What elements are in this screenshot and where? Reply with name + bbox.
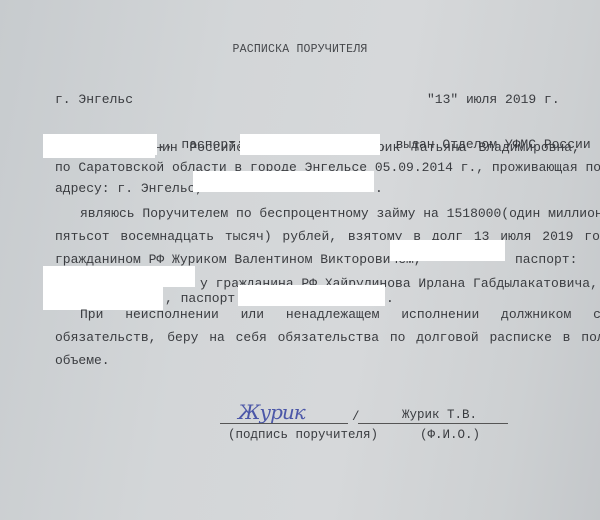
p1-line2-b: , выдан Отделом УФМС России bbox=[380, 137, 591, 152]
guarantor-name: Журик Т.В. bbox=[402, 408, 477, 422]
p1-line4-b: . bbox=[375, 181, 383, 196]
p2-line5-b: . bbox=[386, 291, 394, 306]
p2-line3-b: паспорт: bbox=[515, 252, 577, 267]
receipt-document: РАСПИСКА ПОРУЧИТЕЛЯ г. Энгельс "13" июля… bbox=[0, 0, 600, 520]
name-line bbox=[358, 423, 508, 424]
document-date: "13" июля 2019 г. bbox=[427, 92, 560, 107]
p2-line2: пятьсот восемнадцать тысяч) рублей, взят… bbox=[55, 229, 600, 244]
p3-line2: обязательств, беру на себя обязательства… bbox=[55, 330, 600, 345]
handwritten-signature: Журик bbox=[238, 400, 305, 424]
p3-line1: При неисполнении или ненадлежащем исполн… bbox=[80, 307, 600, 322]
signature-label: (подпись поручителя) bbox=[228, 428, 378, 442]
p2-line5-a: , паспорт: bbox=[165, 291, 243, 306]
redacted-address bbox=[193, 171, 374, 192]
redacted-field-2 bbox=[390, 240, 505, 261]
redacted-field-1 bbox=[43, 134, 157, 155]
document-title: РАСПИСКА ПОРУЧИТЕЛЯ bbox=[0, 43, 600, 56]
signature-line bbox=[220, 423, 348, 424]
p1-line4-a: адресу: г. Энгельс, bbox=[55, 181, 203, 196]
p2-line3-a: гражданином РФ Журиком Валентином Виктор… bbox=[55, 252, 422, 267]
redacted-passport-2 bbox=[43, 266, 195, 287]
p1-line2-a: ., паспорт: bbox=[158, 137, 244, 152]
redacted-passport-1 bbox=[240, 134, 380, 155]
p2-line1: являюсь Поручителем по беспроцентному за… bbox=[80, 206, 600, 221]
city: г. Энгельс bbox=[55, 92, 133, 107]
name-label: (Ф.И.О.) bbox=[420, 428, 480, 442]
signature-separator: / bbox=[352, 410, 360, 424]
p3-line3: объеме. bbox=[55, 353, 110, 368]
redacted-passport-3 bbox=[238, 285, 385, 306]
